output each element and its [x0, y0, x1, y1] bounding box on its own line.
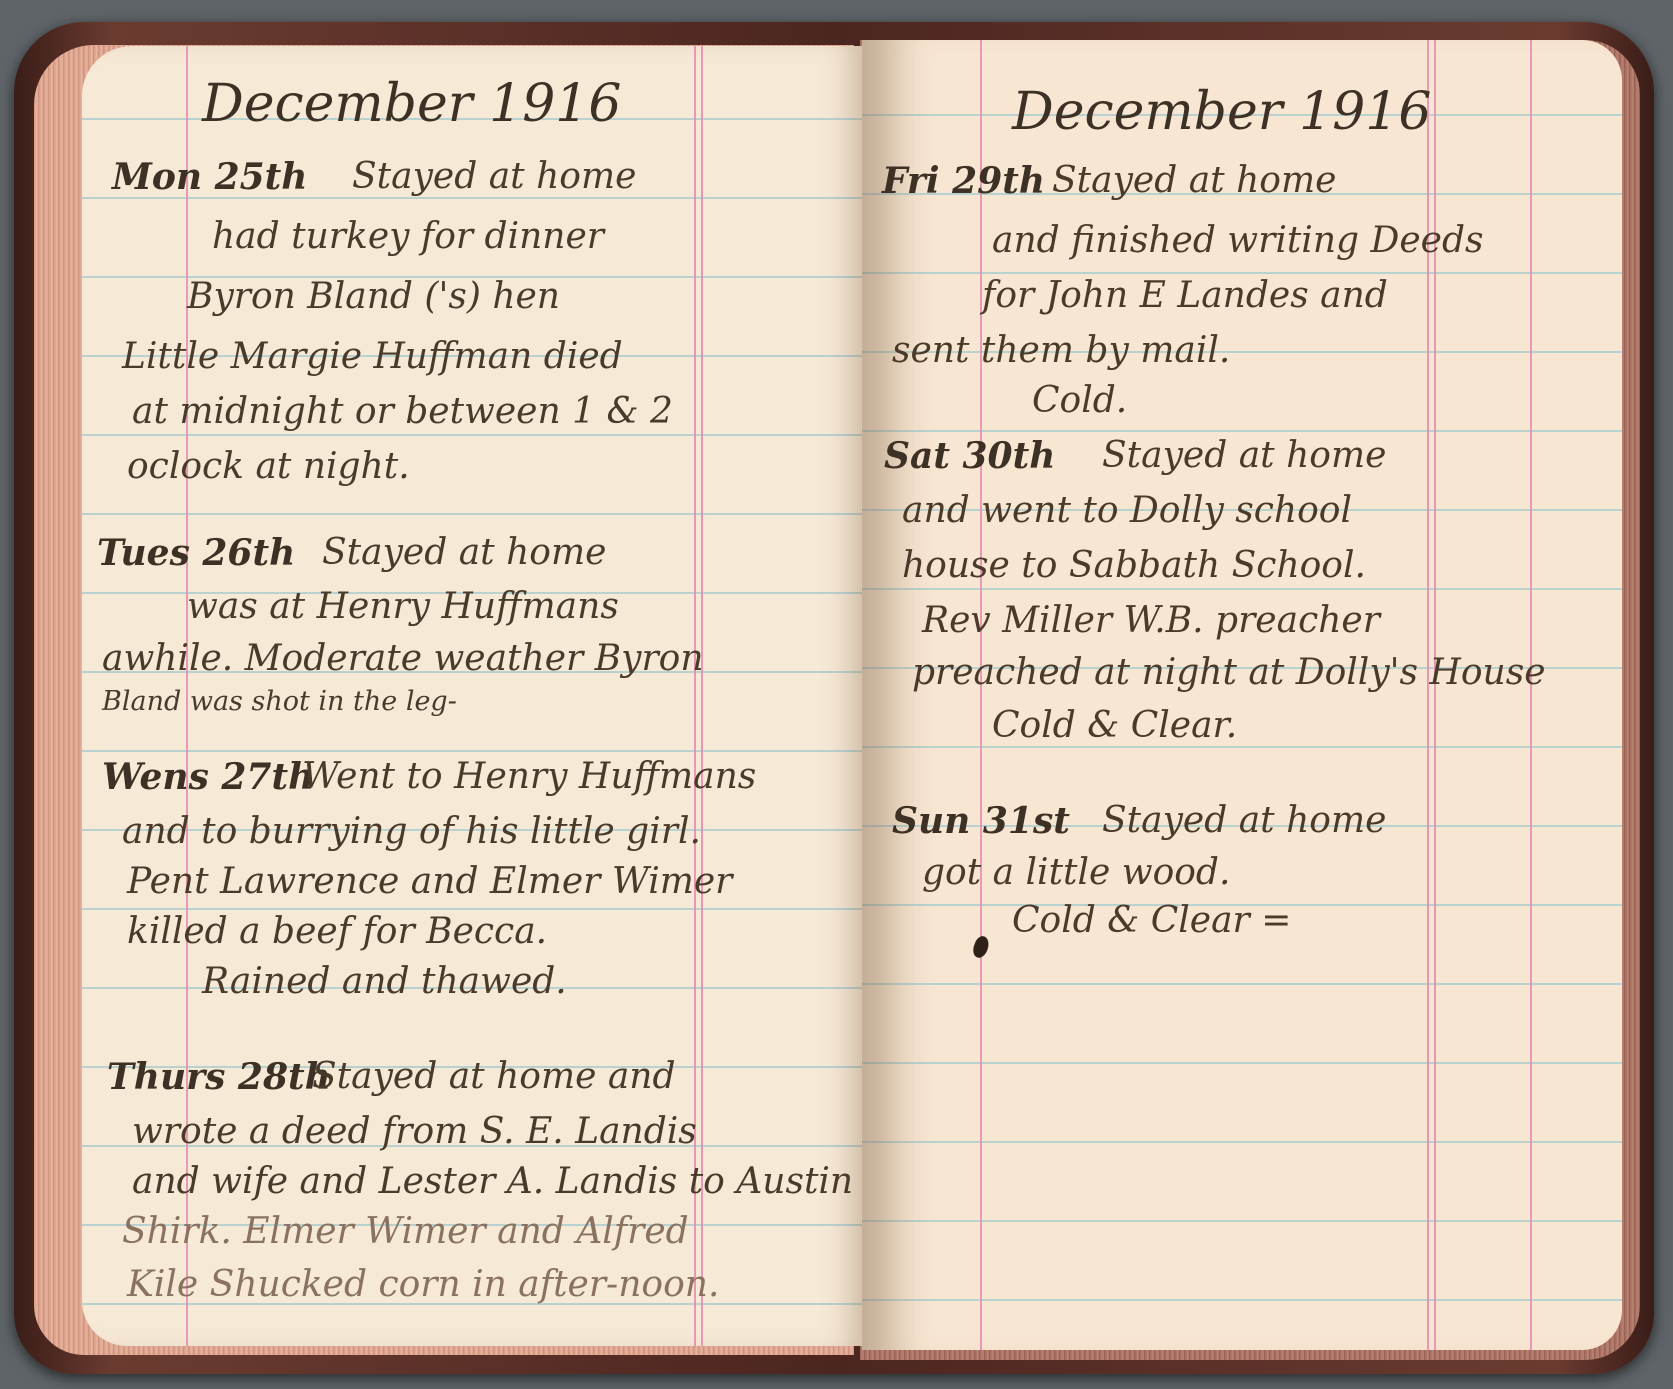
entry-line: awhile. Moderate weather Byron	[102, 638, 704, 679]
entry-line: Cold & Clear =	[1012, 900, 1291, 941]
entry-line: Went to Henry Huffmans	[302, 756, 756, 797]
entry-day: Wens 27th	[102, 756, 314, 798]
entry-line: Shirk. Elmer Wimer and Alfred	[122, 1211, 689, 1252]
entry-line: had turkey for dinner	[212, 216, 604, 257]
margin-rule	[980, 40, 982, 1350]
entry-line: Pent Lawrence and Elmer Wimer	[127, 861, 732, 902]
entry-line: for John E Landes and	[982, 275, 1388, 316]
ink-blot	[971, 934, 992, 959]
entry-day: Tues 26th	[97, 532, 295, 574]
entry-line: Stayed at home and	[312, 1056, 676, 1097]
entry-line: Little Margie Huffman died	[122, 336, 623, 377]
entry-line: was at Henry Huffmans	[187, 586, 619, 627]
entry-line: at midnight or between 1 & 2	[132, 391, 673, 432]
entry-line: killed a beef for Becca.	[127, 911, 547, 952]
entry-line: Rained and thawed.	[202, 961, 567, 1002]
entry-line: Cold & Clear.	[992, 705, 1237, 746]
entry-line: Byron Bland ('s) hen	[187, 276, 560, 317]
entry-line: got a little wood.	[922, 852, 1230, 893]
entry-line: house to Sabbath School.	[902, 545, 1366, 586]
entry-line: and wife and Lester A. Landis to Austin	[132, 1161, 853, 1202]
entry-day: Fri 29th	[882, 160, 1045, 202]
left-page: December 1916 Mon 25th Stayed at home ha…	[82, 46, 862, 1346]
entry-line: Stayed at home	[352, 156, 636, 197]
entry-day: Sat 30th	[884, 435, 1055, 477]
entry-line: and to burrying of his little girl.	[122, 811, 701, 852]
entry-day: Mon 25th	[112, 156, 307, 198]
entry-day: Thurs 28th	[107, 1056, 331, 1098]
entry-line: Bland was shot in the leg-	[102, 686, 457, 717]
entry-line: wrote a deed from S. E. Landis	[132, 1111, 697, 1152]
column-rule	[1530, 40, 1532, 1350]
right-page: December 1916 Fri 29th Stayed at home an…	[862, 40, 1622, 1350]
entry-line: Stayed at home	[1102, 800, 1386, 841]
entry-line: Cold.	[1032, 380, 1127, 421]
entry-line: Kile Shucked corn in after-noon.	[127, 1264, 719, 1305]
entry-line: Stayed at home	[1102, 435, 1386, 476]
entry-line: preached at night at Dolly's House	[912, 652, 1546, 693]
entry-line: Stayed at home	[322, 532, 606, 573]
entry-line: and finished writing Deeds	[992, 220, 1483, 261]
entry-line: oclock at night.	[127, 446, 410, 487]
entry-day: Sun 31st	[892, 800, 1070, 842]
entry-line: Rev Miller W.B. preacher	[922, 600, 1380, 641]
entry-line: Stayed at home	[1052, 160, 1336, 201]
entry-line: and went to Dolly school	[902, 490, 1352, 531]
entry-line: sent them by mail.	[892, 330, 1230, 371]
page-heading: December 1916	[202, 74, 621, 134]
page-heading: December 1916	[1012, 82, 1431, 142]
